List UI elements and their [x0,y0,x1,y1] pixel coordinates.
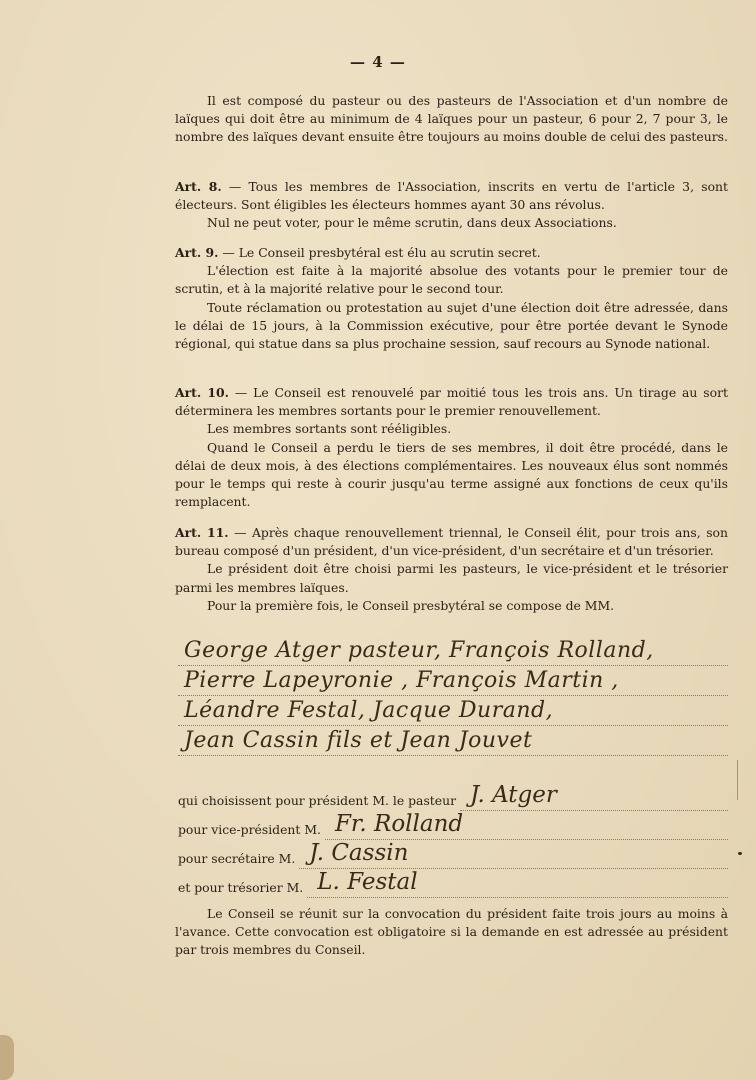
officer-signature: Fr. Rolland [335,811,463,837]
article-label: Art. 11. [175,525,229,540]
officer-field: J. Atger [460,784,728,811]
handwritten-line: Jean Cassin fils et Jean Jouvet [178,726,728,756]
article-text: — Après chaque renouvellement triennal, … [175,525,728,558]
intro-block: Il est composé du pasteur ou des pasteur… [175,92,728,147]
officer-field: Fr. Rolland [325,813,728,840]
page-number: — 4 — [0,53,756,71]
article-paragraph: Toute réclamation ou protestation au suj… [175,299,728,354]
officer-label: et pour trésorier M. [178,880,303,898]
article-paragraph: Le président doit être choisi parmi les … [175,560,728,596]
article-text: — Le Conseil presbytéral est élu au scru… [218,245,540,260]
officer-signature: J. Cassin [309,840,408,866]
officer-label: qui choisissent pour président M. le pas… [178,793,456,811]
handwritten-line: Léandre Festal, Jacque Durand, [178,696,728,726]
closing-block: Le Conseil se réunit sur la convocation … [175,905,728,960]
article-paragraph: L'élection est faite à la majorité absol… [175,262,728,298]
ink-speck [738,852,742,855]
paper-stain [0,1035,14,1080]
article-9: Art. 9. — Le Conseil presbytéral est élu… [175,244,728,353]
article-text: — Tous les membres de l'Association, ins… [175,179,728,212]
article-label: Art. 9. [175,245,218,260]
handwritten-members-list: George Atger pasteur, François Rolland, … [178,636,728,756]
closing-paragraph: Le Conseil se réunit sur la convocation … [175,905,728,960]
officer-label: pour vice-président M. [178,822,321,840]
article-11: Art. 11. — Après chaque renouvellement t… [175,524,728,615]
officer-field: J. Cassin [299,842,728,869]
officer-label: pour secrétaire M. [178,851,295,869]
handwritten-line: Pierre Lapeyronie , François Martin , [178,666,728,696]
article-10: Art. 10. — Le Conseil est renouvelé par … [175,384,728,511]
officer-treasurer: et pour trésorier M. L. Festal [178,871,728,898]
intro-paragraph: Il est composé du pasteur ou des pasteur… [175,92,728,147]
margin-line [737,760,738,800]
article-text: — Le Conseil est renouvelé par moitié to… [175,385,728,418]
article-paragraph: Quand le Conseil a perdu le tiers de ses… [175,439,728,512]
handwritten-line: George Atger pasteur, François Rolland, [178,636,728,666]
officer-vice-president: pour vice-président M. Fr. Rolland [178,813,728,840]
officer-president: qui choisissent pour président M. le pas… [178,784,728,811]
article-paragraph: Pour la première fois, le Conseil presby… [175,597,728,615]
article-label: Art. 8. [175,179,222,194]
article-paragraph: Les membres sortants sont rééligibles. [175,420,728,438]
officer-signature: L. Festal [317,869,417,895]
officer-signature: J. Atger [470,782,557,808]
officer-field: L. Festal [307,871,728,898]
officer-secretary: pour secrétaire M. J. Cassin [178,842,728,869]
article-8: Art. 8. — Tous les membres de l'Associat… [175,178,728,233]
article-paragraph: Nul ne peut voter, pour le même scrutin,… [175,214,728,232]
article-label: Art. 10. [175,385,229,400]
